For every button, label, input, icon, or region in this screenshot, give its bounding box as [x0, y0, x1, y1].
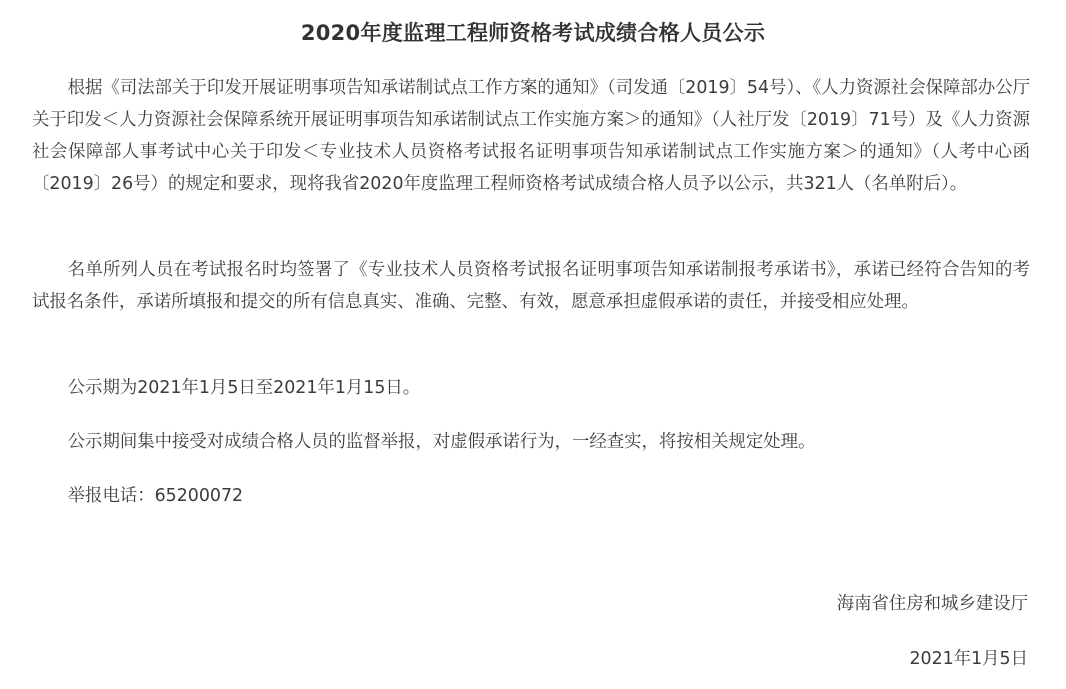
paragraph-report-phone: 举报电话：65200072 [32, 480, 1030, 512]
signature-date: 2021年1月5日 [909, 643, 1028, 675]
paragraph-commitment: 名单所列人员在考试报名时均签署了《专业技术人员资格考试报名证明事项告知承诺制报考… [32, 254, 1030, 318]
paragraph-supervision: 公示期间集中接受对成绩合格人员的监督举报，对虚假承诺行为，一经查实，将按相关规定… [32, 426, 1030, 458]
page-title: 2020年度监理工程师资格考试成绩合格人员公示 [0, 17, 1066, 49]
signature-organization: 海南省住房和城乡建设厅 [837, 588, 1028, 620]
paragraph-legal-basis: 根据《司法部关于印发开展证明事项告知承诺制试点工作方案的通知》（司发通〔2019… [32, 72, 1030, 200]
paragraph-publicity-period: 公示期为2021年1月5日至2021年1月15日。 [32, 372, 1030, 404]
